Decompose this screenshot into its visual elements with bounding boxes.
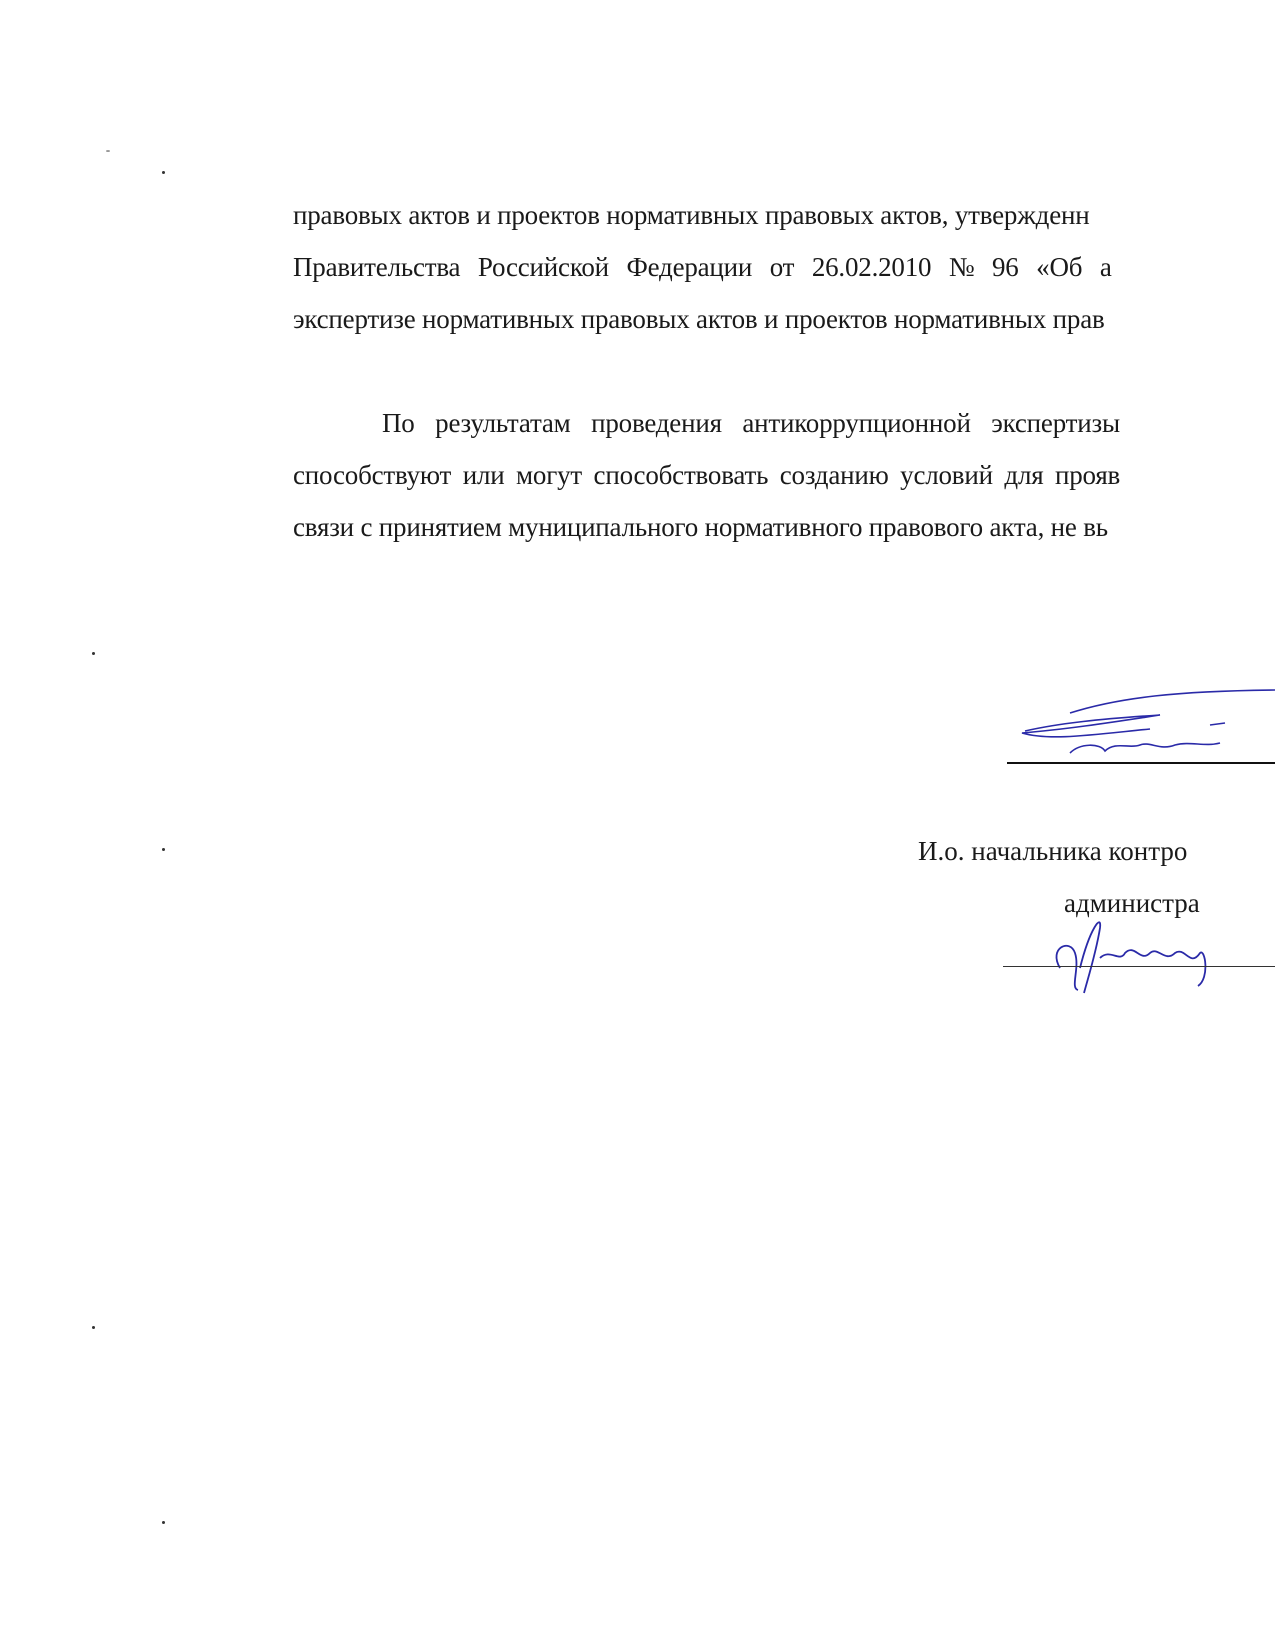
signature-line-1 xyxy=(1007,762,1275,764)
scan-speck xyxy=(162,171,165,174)
text-line: правовых актов и проектов нормативных пр… xyxy=(293,200,1089,230)
signature-2 xyxy=(1040,908,1275,998)
scan-speck xyxy=(162,848,165,851)
scan-speck xyxy=(106,150,110,152)
text-line: связи с принятием муниципального нормати… xyxy=(293,512,1108,542)
signature-1 xyxy=(1010,685,1275,765)
signature-line-2 xyxy=(1003,966,1275,967)
scan-speck xyxy=(92,1326,95,1329)
scan-speck xyxy=(162,1521,165,1524)
text-line: экспертизе нормативных правовых актов и … xyxy=(293,304,1105,334)
scan-speck xyxy=(92,652,95,655)
signer-title-line-1: И.о. начальника контро xyxy=(918,836,1187,866)
text-line: Правительства Российской Федерации от 26… xyxy=(293,252,1112,282)
text-line: способствуют или могут способствовать со… xyxy=(293,460,1120,490)
text-line: По результатам проведения антикоррупцион… xyxy=(382,408,1120,438)
